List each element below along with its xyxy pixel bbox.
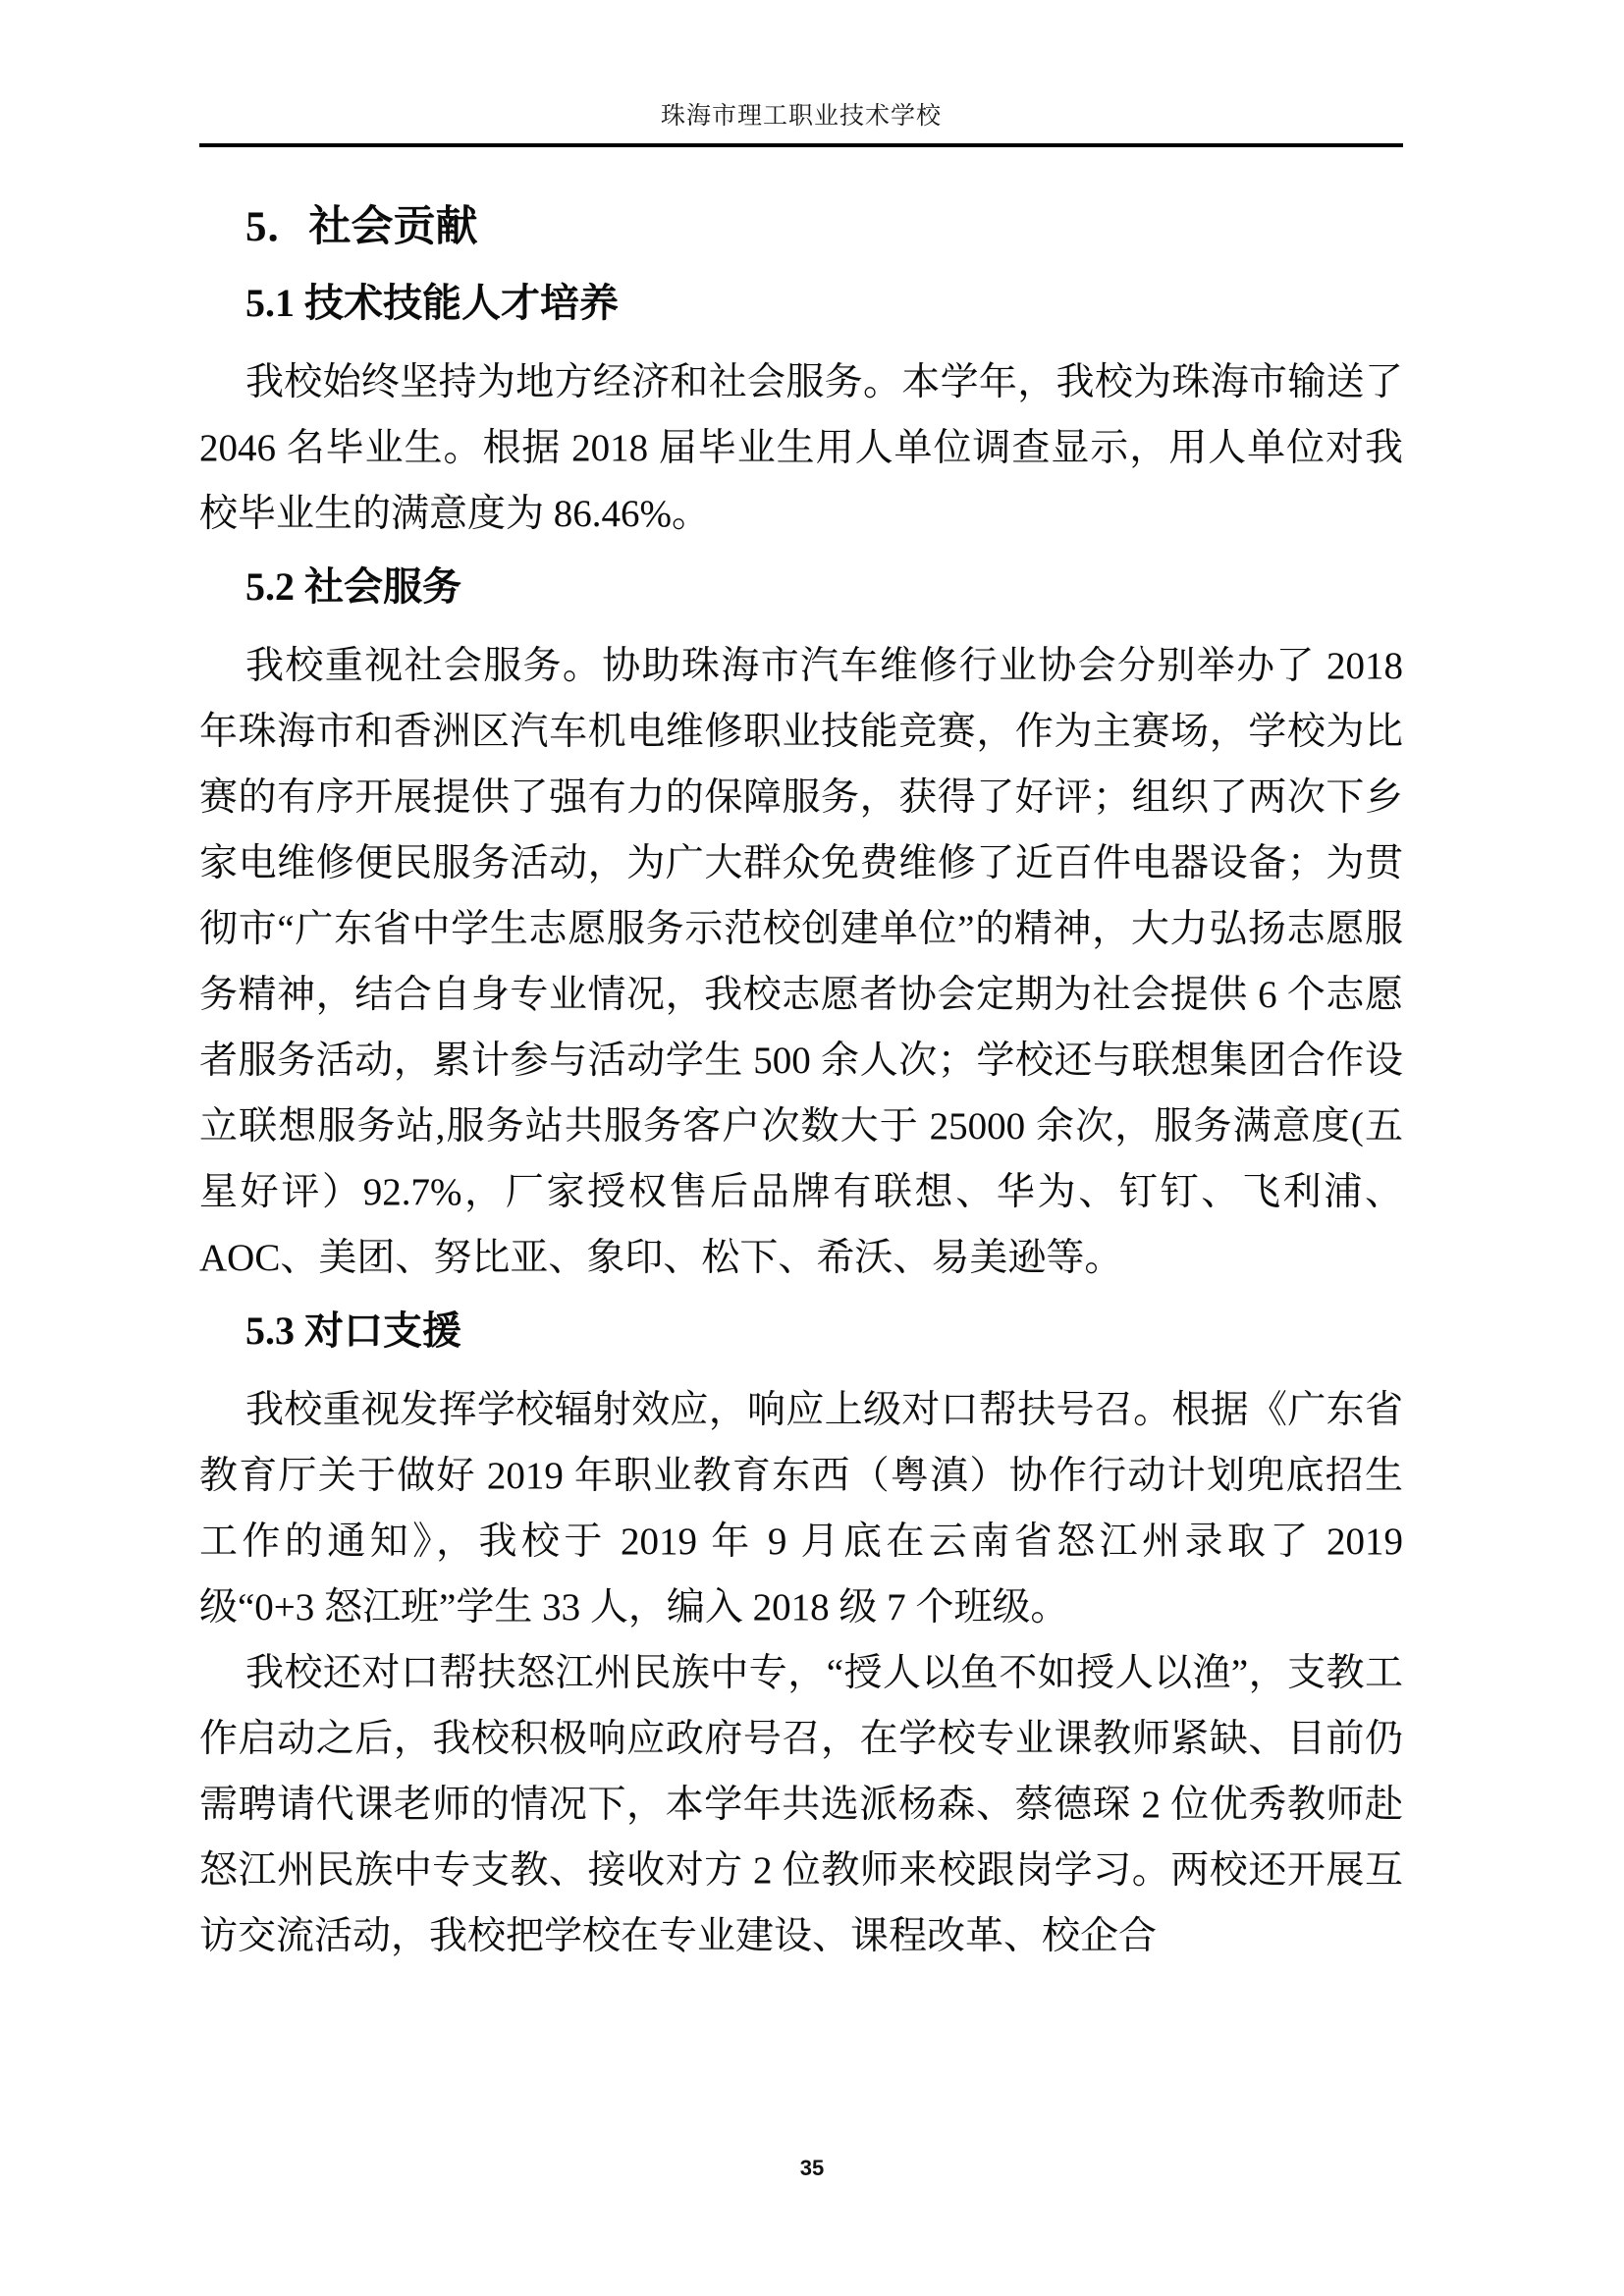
paragraph-counterpart-support-1: 我校重视发挥学校辐射效应，响应上级对口帮扶号召。根据《广东省教育厅关于做好 20…	[199, 1377, 1403, 1640]
paragraph-counterpart-support-2: 我校还对口帮扶怒江州民族中专，“授人以鱼不如授人以渔”，支教工作启动之后，我校积…	[199, 1640, 1403, 1969]
document-body: 5．社会贡献 5.1 技术技能人才培养 我校始终坚持为地方经济和社会服务。本学年…	[199, 185, 1403, 1969]
subsection-heading-counterpart-support: 5.3 对口支援	[199, 1305, 1403, 1358]
subsection-heading-social-service: 5.2 社会服务	[199, 561, 1403, 614]
page-number: 35	[0, 2156, 1624, 2181]
document-header: 珠海市理工职业技术学校	[199, 96, 1403, 147]
paragraph-social-service: 我校重视社会服务。协助珠海市汽车维修行业协会分别举办了 2018 年珠海市和香洲…	[199, 633, 1403, 1291]
section-heading-social-contribution: 5．社会贡献	[199, 200, 1403, 255]
subsection-heading-talent-training: 5.1 技术技能人才培养	[199, 277, 1403, 330]
document-page: 珠海市理工职业技术学校 5．社会贡献 5.1 技术技能人才培养 我校始终坚持为地…	[0, 0, 1624, 2296]
school-name: 珠海市理工职业技术学校	[661, 103, 942, 130]
paragraph-talent-training: 我校始终坚持为地方经济和社会服务。本学年，我校为珠海市输送了 2046 名毕业生…	[199, 349, 1403, 547]
